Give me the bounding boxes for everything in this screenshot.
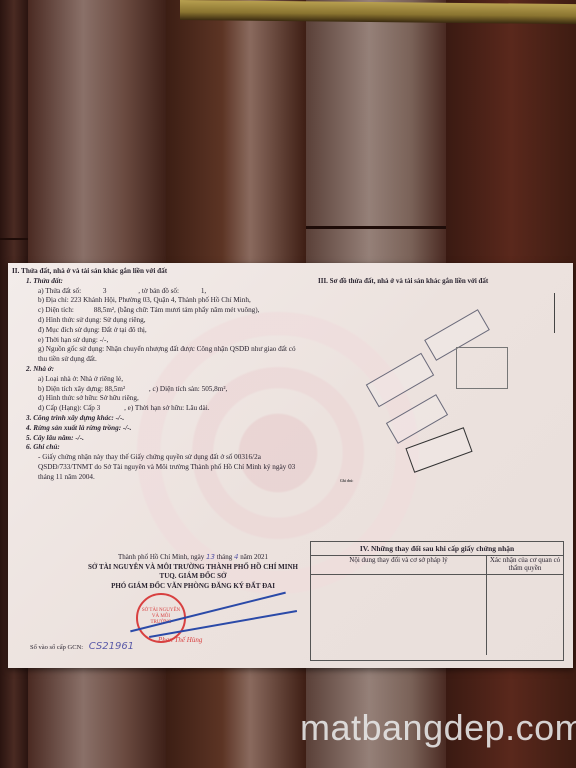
use-purpose: đ) Mục đích sử dụng: Đất ở tại đô thị, bbox=[38, 326, 302, 336]
notes-text: - Giấy chứng nhận này thay thế Giấy chứn… bbox=[38, 453, 302, 482]
ownership-term: , e) Thời hạn sở hữu: Lâu dài. bbox=[124, 404, 209, 412]
house-area-row: b) Diện tích xây dựng: 88,5m² , c) Diện … bbox=[38, 385, 302, 395]
ownership-form: d) Hình thức sở hữu: Sở hữu riêng, bbox=[38, 394, 302, 404]
registry-number: Số vào sổ cấp GCN: CS21961 bbox=[30, 641, 134, 652]
brass-threshold bbox=[180, 0, 576, 24]
issue-year: 2021 bbox=[254, 553, 268, 561]
use-term: e) Thời hạn sử dụng: -/-, bbox=[38, 336, 302, 346]
issuing-org: SỞ TÀI NGUYÊN VÀ MÔI TRƯỜNG THÀNH PHỐ HỒ… bbox=[68, 563, 318, 573]
col-authority-confirmation: Xác nhận của cơ quan có thẩm quyền bbox=[487, 556, 563, 574]
section-2: II. Thửa đất, nhà ở và tài sản khác gắn … bbox=[12, 267, 302, 483]
map-sheet-number: 1, bbox=[201, 287, 206, 295]
registry-value: CS21961 bbox=[89, 641, 134, 652]
forest: 4. Rừng sản xuất là rừng trồng: -/-. bbox=[26, 424, 302, 434]
lot-outline bbox=[366, 353, 434, 408]
perennial-trees: 5. Cây lâu năm: -/-. bbox=[26, 434, 302, 444]
changes-table-header: Nội dung thay đổi và cơ sở pháp lý Xác n… bbox=[311, 556, 563, 575]
subject-lot bbox=[405, 427, 472, 473]
house-grade: d) Cấp (Hạng): Cấp 3 bbox=[38, 404, 100, 412]
place-date: Thành phố Hồ Chí Minh, ngày 13 tháng 4 n… bbox=[68, 553, 318, 563]
use-form: d) Hình thức sử dụng: Sử dụng riêng, bbox=[38, 316, 302, 326]
floor-area: , c) Diện tích sàn: 505,8m², bbox=[149, 385, 227, 393]
changes-table: IV. Những thay đổi sau khi cấp giấy chứn… bbox=[310, 541, 564, 661]
changes-table-title: IV. Những thay đổi sau khi cấp giấy chứn… bbox=[311, 542, 563, 556]
coordinate-table bbox=[456, 347, 508, 389]
build-area: b) Diện tích xây dựng: 88,5m² bbox=[38, 385, 125, 393]
parcel-diagram bbox=[338, 287, 568, 467]
site-watermark: matbangdep.com bbox=[300, 707, 576, 749]
land-heading: 1. Thửa đất: bbox=[26, 277, 302, 287]
section-2-title: II. Thửa đất, nhà ở và tài sản khác gắn … bbox=[12, 267, 302, 277]
issue-day: 13 bbox=[206, 553, 215, 561]
issue-month: 4 bbox=[234, 553, 238, 561]
parcel-row: a) Thửa đất số: 3 , tờ bản đồ số: 1, bbox=[38, 287, 302, 297]
house-heading: 2. Nhà ở: bbox=[26, 365, 302, 375]
north-arrow bbox=[554, 293, 555, 333]
tuq-line: TUQ. GIÁM ĐỐC SỞ bbox=[68, 572, 318, 582]
section-3-title: III. Sơ đồ thửa đất, nhà ở và tài sản kh… bbox=[318, 277, 568, 285]
signature-block: Thành phố Hồ Chí Minh, ngày 13 tháng 4 n… bbox=[68, 553, 318, 591]
signer-name: Phan Thế Hùng bbox=[158, 636, 202, 644]
floor-seam bbox=[306, 226, 446, 229]
area-row: c) Diện tích: 88,5m², (bằng chữ: Tám mươ… bbox=[38, 306, 302, 316]
other-works: 3. Công trình xây dựng khác: -/-. bbox=[26, 414, 302, 424]
address: b) Địa chỉ: 223 Khánh Hội, Phường 03, Qu… bbox=[38, 296, 302, 306]
parcel-number: 3 bbox=[103, 287, 107, 295]
signer-title: PHÓ GIÁM ĐỐC VĂN PHÒNG ĐĂNG KÝ ĐẤT ĐAI bbox=[68, 582, 318, 592]
house-type: a) Loại nhà ở: Nhà ở riêng lẻ, bbox=[38, 375, 302, 385]
diagram-legend: Ghi chú: bbox=[340, 479, 560, 484]
grade-row: d) Cấp (Hạng): Cấp 3 , e) Thời hạn sở hữ… bbox=[38, 404, 302, 414]
notes-heading: 6. Ghi chú: bbox=[26, 443, 302, 453]
use-origin: g) Nguồn gốc sử dụng: Nhận chuyển nhượng… bbox=[38, 345, 302, 365]
land-area: 88,5m², (bằng chữ: Tám mươi tám phẩy năm… bbox=[94, 306, 260, 314]
land-certificate: II. Thửa đất, nhà ở và tài sản khác gắn … bbox=[8, 263, 573, 668]
floor-seam bbox=[0, 238, 28, 240]
col-change-content: Nội dung thay đổi và cơ sở pháp lý bbox=[311, 556, 487, 574]
changes-table-body bbox=[311, 575, 563, 655]
